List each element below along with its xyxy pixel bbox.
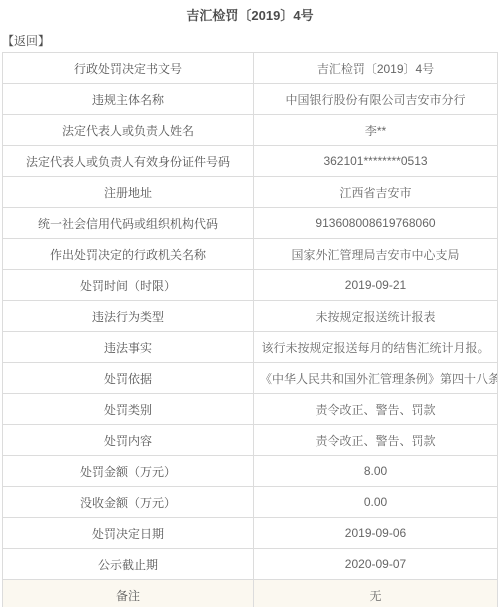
table-row-remark: 备注 无 [3, 580, 498, 607]
row-label: 公示截止期 [3, 549, 254, 580]
row-label: 处罚时间（时限） [3, 270, 254, 301]
row-value: 无 [254, 580, 498, 607]
row-value: 未按规定报送统计报表 [254, 301, 498, 332]
row-value: 该行未按规定报送每月的结售汇统计月报。 [254, 332, 498, 363]
row-value: 2020-09-07 [254, 549, 498, 580]
row-label: 法定代表人或负责人有效身份证件号码 [3, 146, 254, 177]
penalty-detail-table: 行政处罚决定书文号 吉汇检罚〔2019〕4号 违规主体名称 中国银行股份有限公司… [2, 52, 498, 607]
table-row: 法定代表人或负责人姓名 李** [3, 115, 498, 146]
table-row: 违规主体名称 中国银行股份有限公司吉安市分行 [3, 84, 498, 115]
table-row: 统一社会信用代码或组织机构代码 913608008619768060 [3, 208, 498, 239]
table-row: 处罚金额（万元） 8.00 [3, 456, 498, 487]
penalty-disclosure-page: 吉汇检罚〔2019〕4号 【返回】 行政处罚决定书文号 吉汇检罚〔2019〕4号… [0, 0, 500, 607]
back-link[interactable]: 【返回】 [2, 32, 50, 49]
row-value: 责令改正、警告、罚款 [254, 425, 498, 456]
table-row: 没收金额（万元） 0.00 [3, 487, 498, 518]
table-row: 处罚内容 责令改正、警告、罚款 [3, 425, 498, 456]
table-row: 公示截止期 2020-09-07 [3, 549, 498, 580]
table-row: 处罚决定日期 2019-09-06 [3, 518, 498, 549]
table-row: 处罚依据 《中华人民共和国外汇管理条例》第四十八条 [3, 363, 498, 394]
row-label: 违法行为类型 [3, 301, 254, 332]
row-label: 行政处罚决定书文号 [3, 53, 254, 84]
row-value: 《中华人民共和国外汇管理条例》第四十八条 [254, 363, 498, 394]
row-label: 处罚金额（万元） [3, 456, 254, 487]
row-label: 违法事实 [3, 332, 254, 363]
row-value: 913608008619768060 [254, 208, 498, 239]
row-value: 2019-09-06 [254, 518, 498, 549]
row-label: 法定代表人或负责人姓名 [3, 115, 254, 146]
row-label: 注册地址 [3, 177, 254, 208]
row-value: 8.00 [254, 456, 498, 487]
row-label: 处罚依据 [3, 363, 254, 394]
row-label: 处罚决定日期 [3, 518, 254, 549]
row-value: 2019-09-21 [254, 270, 498, 301]
row-value: 江西省吉安市 [254, 177, 498, 208]
row-label: 作出处罚决定的行政机关名称 [3, 239, 254, 270]
table-row: 行政处罚决定书文号 吉汇检罚〔2019〕4号 [3, 53, 498, 84]
table-row: 作出处罚决定的行政机关名称 国家外汇管理局吉安市中心支局 [3, 239, 498, 270]
row-label: 没收金额（万元） [3, 487, 254, 518]
table-row: 违法事实 该行未按规定报送每月的结售汇统计月报。 [3, 332, 498, 363]
row-value: 责令改正、警告、罚款 [254, 394, 498, 425]
table-row: 处罚时间（时限） 2019-09-21 [3, 270, 498, 301]
row-value: 362101********0513 [254, 146, 498, 177]
row-value: 国家外汇管理局吉安市中心支局 [254, 239, 498, 270]
table-row: 处罚类别 责令改正、警告、罚款 [3, 394, 498, 425]
row-label: 统一社会信用代码或组织机构代码 [3, 208, 254, 239]
row-value: 李** [254, 115, 498, 146]
table-row: 注册地址 江西省吉安市 [3, 177, 498, 208]
row-value: 中国银行股份有限公司吉安市分行 [254, 84, 498, 115]
row-label: 处罚类别 [3, 394, 254, 425]
row-label: 处罚内容 [3, 425, 254, 456]
row-value: 吉汇检罚〔2019〕4号 [254, 53, 498, 84]
table-row: 法定代表人或负责人有效身份证件号码 362101********0513 [3, 146, 498, 177]
row-label: 备注 [3, 580, 254, 607]
row-label: 违规主体名称 [3, 84, 254, 115]
page-title: 吉汇检罚〔2019〕4号 [0, 0, 500, 24]
table-row: 违法行为类型 未按规定报送统计报表 [3, 301, 498, 332]
row-value: 0.00 [254, 487, 498, 518]
